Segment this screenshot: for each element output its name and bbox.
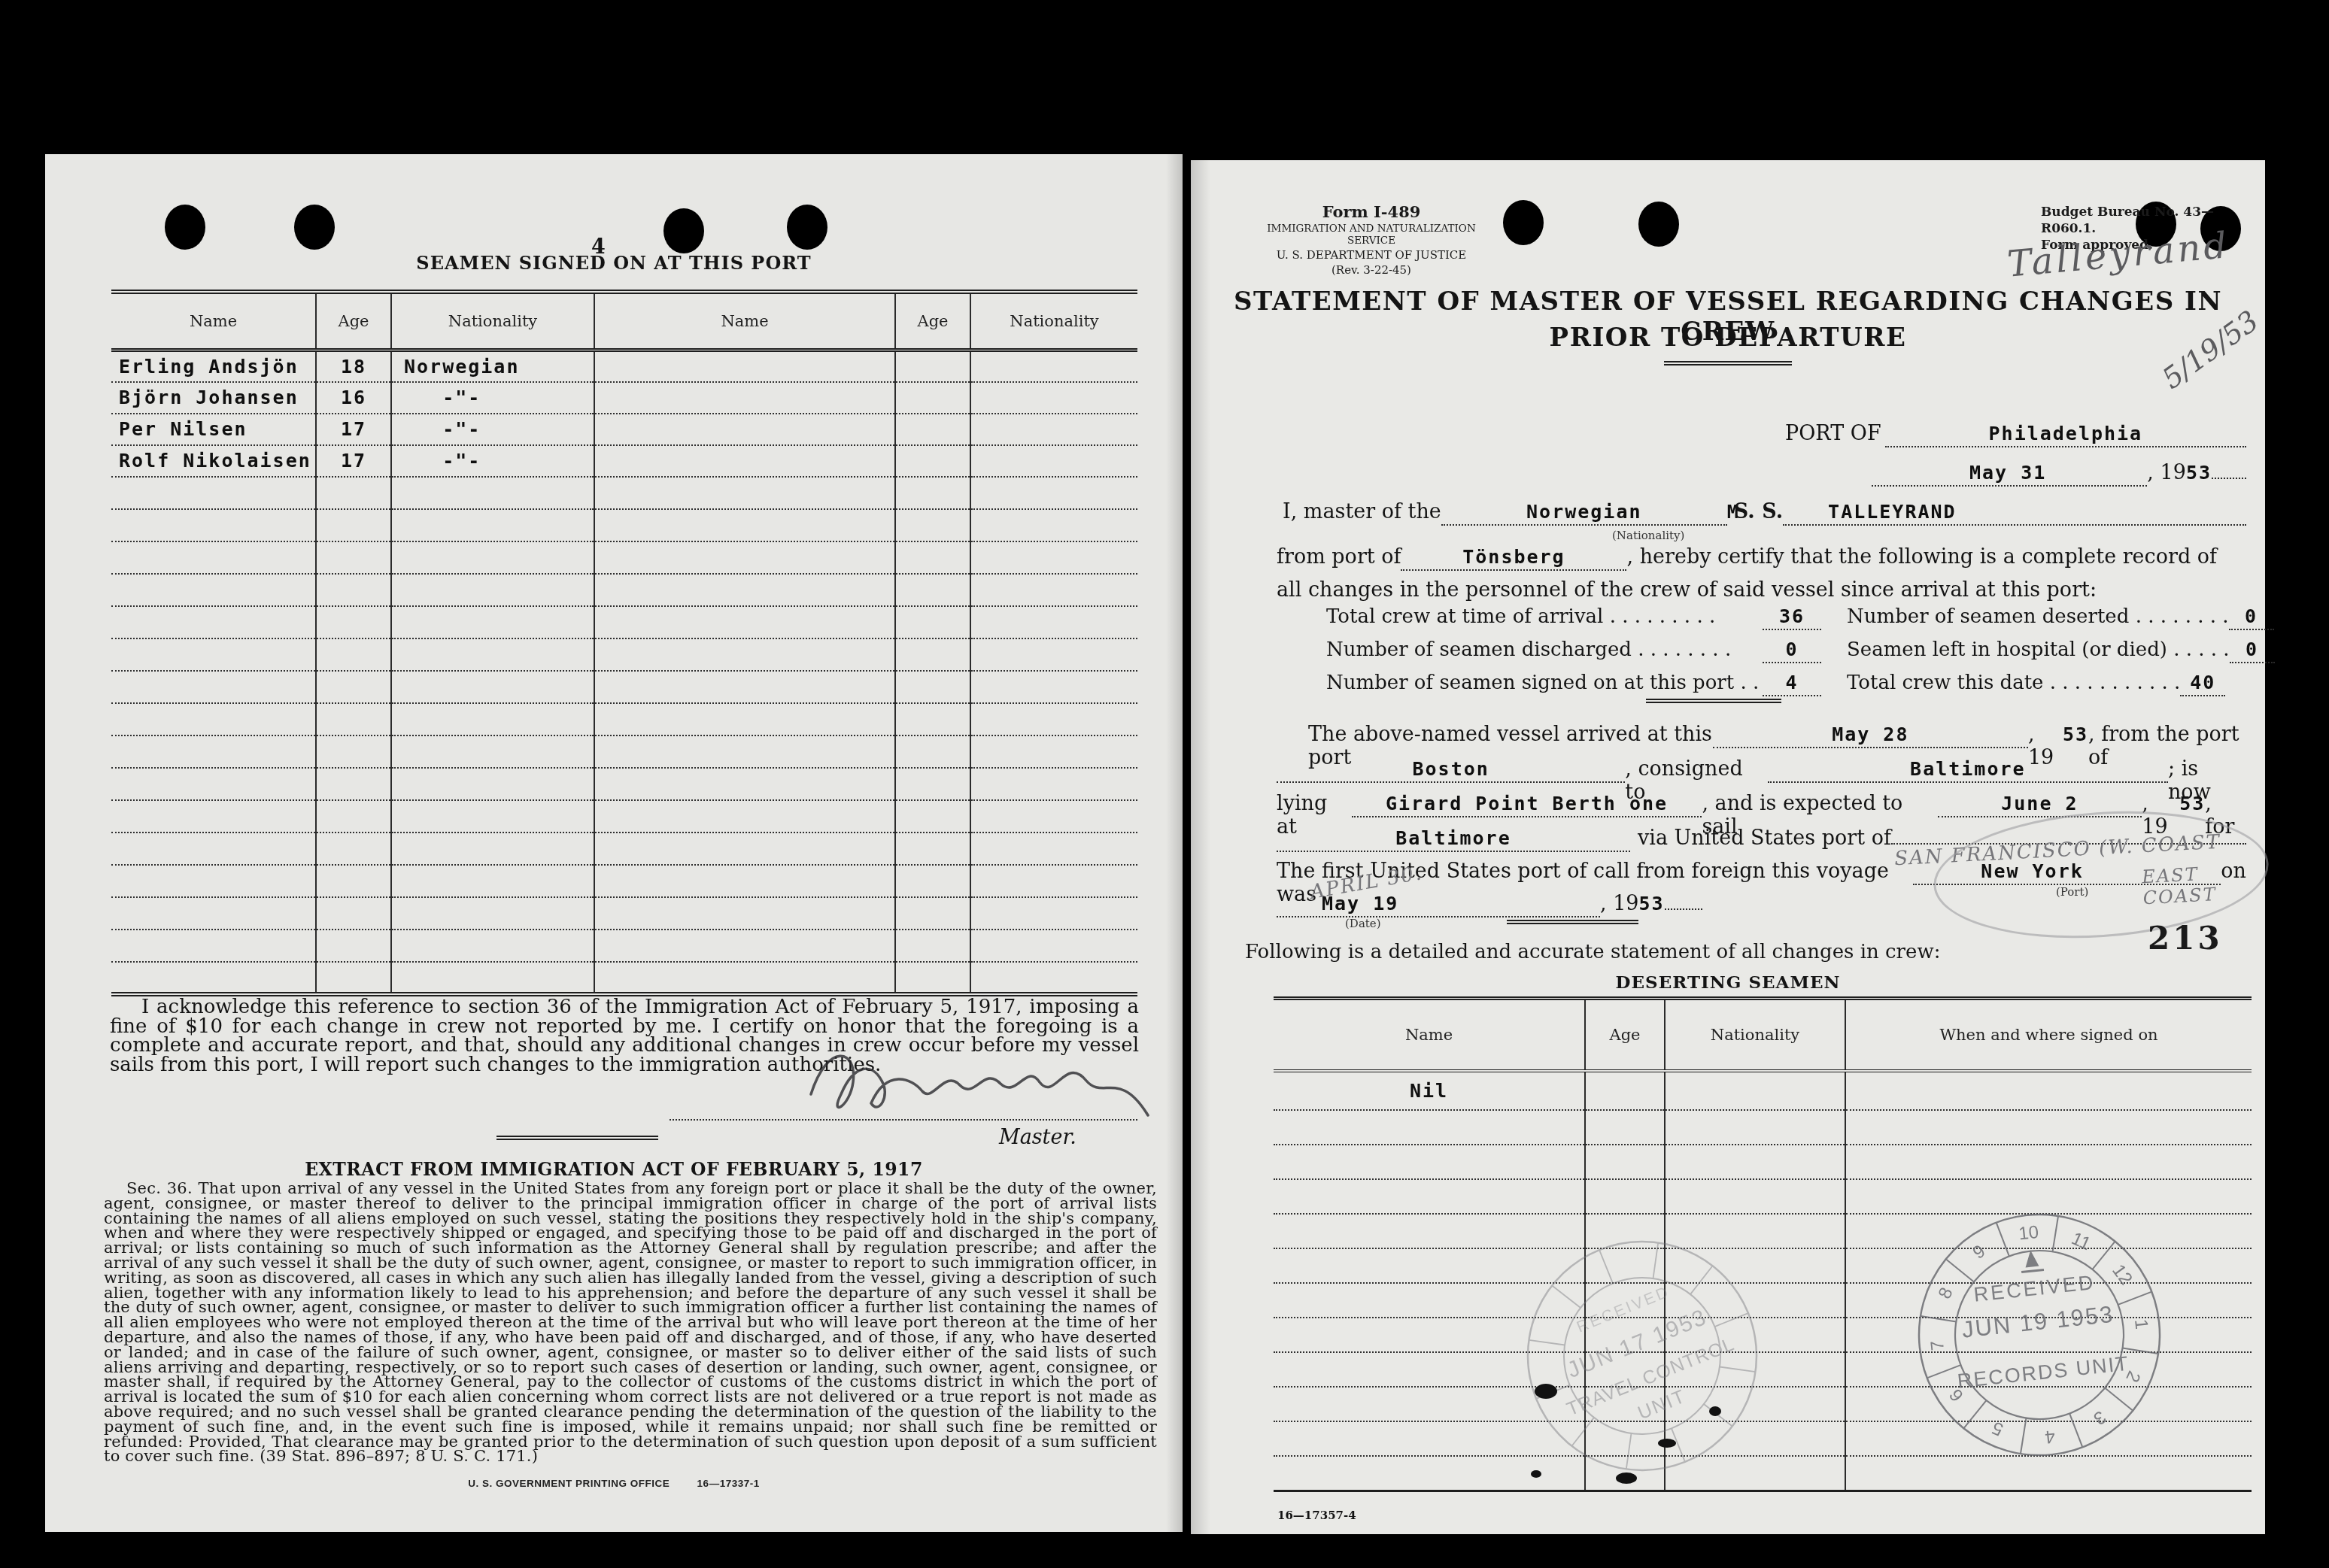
department-name: U. S. DEPARTMENT OF JUSTICE	[1243, 248, 1499, 262]
vessel-nationality-field: Norwegian	[1441, 501, 1727, 526]
table-header-row: Name Age Nationality When and where sign…	[1274, 999, 2252, 1072]
gpo-footer-code: 16—17337-1	[697, 1478, 760, 1489]
record-number: 213	[2148, 920, 2223, 957]
stat-label: Total crew this date . . . . . . . . . .…	[1847, 672, 2180, 694]
table-row-empty	[111, 897, 1137, 930]
ink-blot	[1531, 1470, 1541, 1478]
col-header-nationality: Nationality	[391, 292, 594, 350]
year-typed: 53	[1639, 893, 1665, 914]
ink-blot	[1709, 1406, 1721, 1416]
stamp-dial-number: 3	[2090, 1406, 2110, 1429]
vessel-prefix-printed: S. S.	[1734, 500, 1783, 523]
deserting-seamen-title: DESERTING SEAMEN	[1191, 972, 2265, 993]
port-of-field: Philadelphia	[1885, 423, 2246, 447]
blank-tail	[1665, 907, 1702, 910]
stat-label: Number of seamen deserted . . . . . . . …	[1847, 605, 2229, 628]
table-row: Per Nilsen 17 -"-	[111, 414, 1137, 445]
col-header-nationality: Nationality	[1665, 999, 1845, 1072]
stat-label: Number of seamen discharged . . . . . . …	[1326, 638, 1763, 661]
blank-tail	[2212, 476, 2246, 479]
stat-label: Seamen left in hospital (or died) . . . …	[1847, 638, 2230, 661]
table-row-empty	[111, 962, 1137, 994]
ink-blot	[1535, 1384, 1557, 1399]
table-row-empty	[111, 768, 1137, 800]
table-row-empty	[111, 477, 1137, 509]
col-header-name: Name	[1274, 999, 1585, 1072]
col-header-name: Name	[111, 292, 316, 350]
title-rule	[1664, 361, 1792, 365]
signature-line	[670, 1119, 1137, 1121]
from-port-value-field: Boston	[1277, 758, 1625, 783]
port-of-label: PORT OF	[1785, 422, 1881, 445]
master-label: Master.	[999, 1126, 1076, 1149]
stat-label: Total crew at time of arrival . . . . . …	[1326, 605, 1763, 628]
table-row-empty	[111, 703, 1137, 735]
seaman-age: 17	[316, 445, 391, 477]
vessel-name-field: TALLEYRAND	[1783, 501, 2246, 526]
seaman-name: Björn Johansen	[111, 382, 316, 414]
stat-value-field: 40	[2180, 672, 2225, 696]
table-row-empty	[111, 833, 1137, 865]
via-us-port-text: via United States port of	[1638, 826, 1891, 850]
seaman-name: Rolf Nikolaisen	[111, 445, 316, 477]
statement-title-line2: PRIOR TO DEPARTURE	[1191, 323, 2265, 353]
left-page: 4 SEAMEN SIGNED ON AT THIS PORT Name Age…	[45, 154, 1183, 1532]
from-port-field: Tönsberg	[1401, 546, 1626, 571]
seaman-nationality: -"-	[391, 445, 594, 477]
master-signature	[797, 1019, 1158, 1139]
col-header-age: Age	[316, 292, 391, 350]
table-row-empty	[111, 671, 1137, 703]
year-printed: , 19	[2147, 461, 2186, 484]
certify-text: , hereby certify that the following is a…	[1626, 545, 2217, 569]
punch-hole-icon	[1503, 200, 1544, 245]
stamp-dial-number: 12	[2108, 1260, 2136, 1288]
seaman-age: 18	[316, 350, 391, 382]
revision-date: (Rev. 3-22-45)	[1243, 263, 1499, 277]
stat-value-field: 0	[2229, 605, 2274, 630]
stamp-dial-number: 9	[1969, 1241, 1990, 1263]
stamp-dial-number: 7	[1927, 1339, 1948, 1351]
stat-value-field: 36	[1763, 605, 1821, 630]
master-of-vessel-line: I, master of the Norwegian M S. S. TALLE…	[1283, 500, 2246, 526]
extract-body: Sec. 36. That upon arrival of any vessel…	[104, 1181, 1157, 1464]
stamp-date-text: JUN 19 1953	[1960, 1301, 2115, 1343]
gpo-footer-text: U. S. GOVERNMENT PRINTING OFFICE	[468, 1478, 670, 1489]
table-row-empty	[111, 800, 1137, 833]
stamp-dial-number: 1	[2130, 1318, 2151, 1330]
date-field: May 31	[1872, 462, 2147, 487]
year-typed: 53	[2179, 793, 2205, 814]
date-sublabel: (Date)	[1345, 917, 1381, 930]
section-divider-rule	[1646, 699, 1781, 703]
stat-value-field: 4	[1763, 672, 1821, 696]
from-port-line: from port of Tönsberg , hereby certify t…	[1277, 545, 2246, 571]
arrival-date-field: May 28	[1713, 723, 2028, 748]
year-typed: 53	[2186, 462, 2212, 484]
punch-hole-icon	[165, 205, 205, 250]
all-changes-text: all changes in the personnel of the crew…	[1277, 578, 2097, 602]
crew-stats-row: Number of seamen signed on at this port …	[1326, 672, 2197, 696]
travel-control-stamp: RECEIVED JUN 17 1953 TRAVEL CONTROL UNIT	[1522, 1236, 1763, 1476]
stamp-dial-number: 11	[2068, 1228, 2094, 1254]
seaman-age: 17	[316, 414, 391, 445]
table-row: Rolf Nikolaisen 17 -"-	[111, 445, 1137, 477]
section-divider-rule	[1507, 920, 1638, 924]
seaman-age: 16	[316, 382, 391, 414]
form-id-block: Form I-489 IMMIGRATION AND NATURALIZATIO…	[1243, 202, 1499, 277]
table-row-empty	[1274, 1145, 2252, 1179]
table-row-empty	[111, 606, 1137, 638]
seaman-nationality: Norwegian	[391, 350, 594, 382]
table-row: Nil	[1274, 1071, 2252, 1110]
destination-field: Baltimore	[1277, 827, 1630, 852]
table-row-empty	[111, 638, 1137, 671]
agency-name: IMMIGRATION AND NATURALIZATION SERVICE	[1243, 223, 1499, 247]
punch-hole-icon	[294, 205, 335, 250]
stamp-dial-number: 10	[2018, 1222, 2039, 1245]
seaman-nationality: -"-	[391, 414, 594, 445]
ink-blot	[1616, 1472, 1637, 1484]
stamp-dial-number: 5	[1989, 1417, 2006, 1439]
port-of-line: PORT OF Philadelphia	[1785, 422, 2246, 447]
records-unit-stamp: 10 11 12 1 2 3 4 5 6 7 8 9 RECEIVED JUN …	[1915, 1211, 2164, 1459]
table-row-empty	[111, 735, 1137, 768]
right-page: Form I-489 IMMIGRATION AND NATURALIZATIO…	[1191, 160, 2265, 1534]
stamp-received-text: RECEIVED	[1972, 1271, 2096, 1306]
col-header-age: Age	[895, 292, 970, 350]
table-row-empty	[1274, 1179, 2252, 1214]
table-row-empty	[111, 541, 1137, 574]
stamp-unit-text: UNIT	[1635, 1385, 1689, 1424]
table-row: Björn Johansen 16 -"-	[111, 382, 1137, 414]
table-row-empty	[111, 865, 1137, 897]
punch-hole-icon	[663, 208, 704, 253]
crew-stats-row: Number of seamen discharged . . . . . . …	[1326, 638, 2197, 663]
table-row-empty	[111, 930, 1137, 962]
form-footer-code: 16—17357-4	[1277, 1509, 1356, 1522]
extract-title: EXTRACT FROM IMMIGRATION ACT OF FEBRUARY…	[45, 1159, 1183, 1180]
nil-entry: Nil	[1274, 1071, 1585, 1110]
following-statement-text: Following is a detailed and accurate sta…	[1245, 941, 1940, 963]
table-row-empty	[1274, 1110, 2252, 1145]
gpo-footer: U. S. GOVERNMENT PRINTING OFFICE 16—1733…	[45, 1478, 1183, 1489]
table-row-empty	[111, 509, 1137, 541]
table-row-empty	[111, 574, 1137, 606]
stamp-dial-number: 4	[2044, 1426, 2056, 1447]
nationality-sublabel: (Nationality)	[1612, 529, 1684, 542]
section-divider-rule	[496, 1136, 658, 1140]
table-row-empty	[1274, 1456, 2252, 1491]
stat-label: Number of seamen signed on at this port …	[1326, 672, 1763, 694]
stat-value-field: 0	[1763, 638, 1821, 663]
stamp-unit-text: RECORDS UNIT	[1957, 1352, 2130, 1393]
col-header-age: Age	[1585, 999, 1665, 1072]
stamp-dial-number: 8	[1935, 1284, 1957, 1302]
punch-hole-icon	[787, 205, 827, 250]
table-header-row: Name Age Nationality Name Age Nationalit…	[111, 292, 1137, 350]
year-typed: 53	[2063, 723, 2088, 745]
seaman-name: Per Nilsen	[111, 414, 316, 445]
col-header-name: Name	[594, 292, 895, 350]
stat-value-field: 0	[2230, 638, 2275, 663]
master-of-text: I, master of the	[1283, 500, 1441, 523]
handwritten-vessel-name: Talleyrand	[2006, 224, 2231, 286]
date-line: May 31 , 19 53	[1872, 461, 2246, 487]
from-port-text: from port of	[1277, 545, 1401, 569]
berth-field: Girard Point Berth one	[1352, 793, 1702, 817]
seaman-nationality: -"-	[391, 382, 594, 414]
crew-stats-row: Total crew at time of arrival . . . . . …	[1326, 605, 2197, 630]
seamen-signed-on-table: Name Age Nationality Name Age Nationalit…	[111, 290, 1137, 996]
col-header-signed-on: When and where signed on	[1845, 999, 2252, 1072]
consigned-to-field: Baltimore	[1768, 758, 2168, 783]
ink-blot	[1658, 1439, 1676, 1448]
seamen-signed-on-title: SEAMEN SIGNED ON AT THIS PORT	[45, 252, 1183, 274]
table-row: Erling Andsjön 18 Norwegian	[111, 350, 1137, 382]
seaman-name: Erling Andsjön	[111, 350, 316, 382]
col-header-nationality: Nationality	[970, 292, 1137, 350]
form-number: Form I-489	[1243, 202, 1499, 221]
year-printed: , 19	[1600, 892, 1639, 915]
punch-hole-icon	[1638, 202, 1679, 247]
